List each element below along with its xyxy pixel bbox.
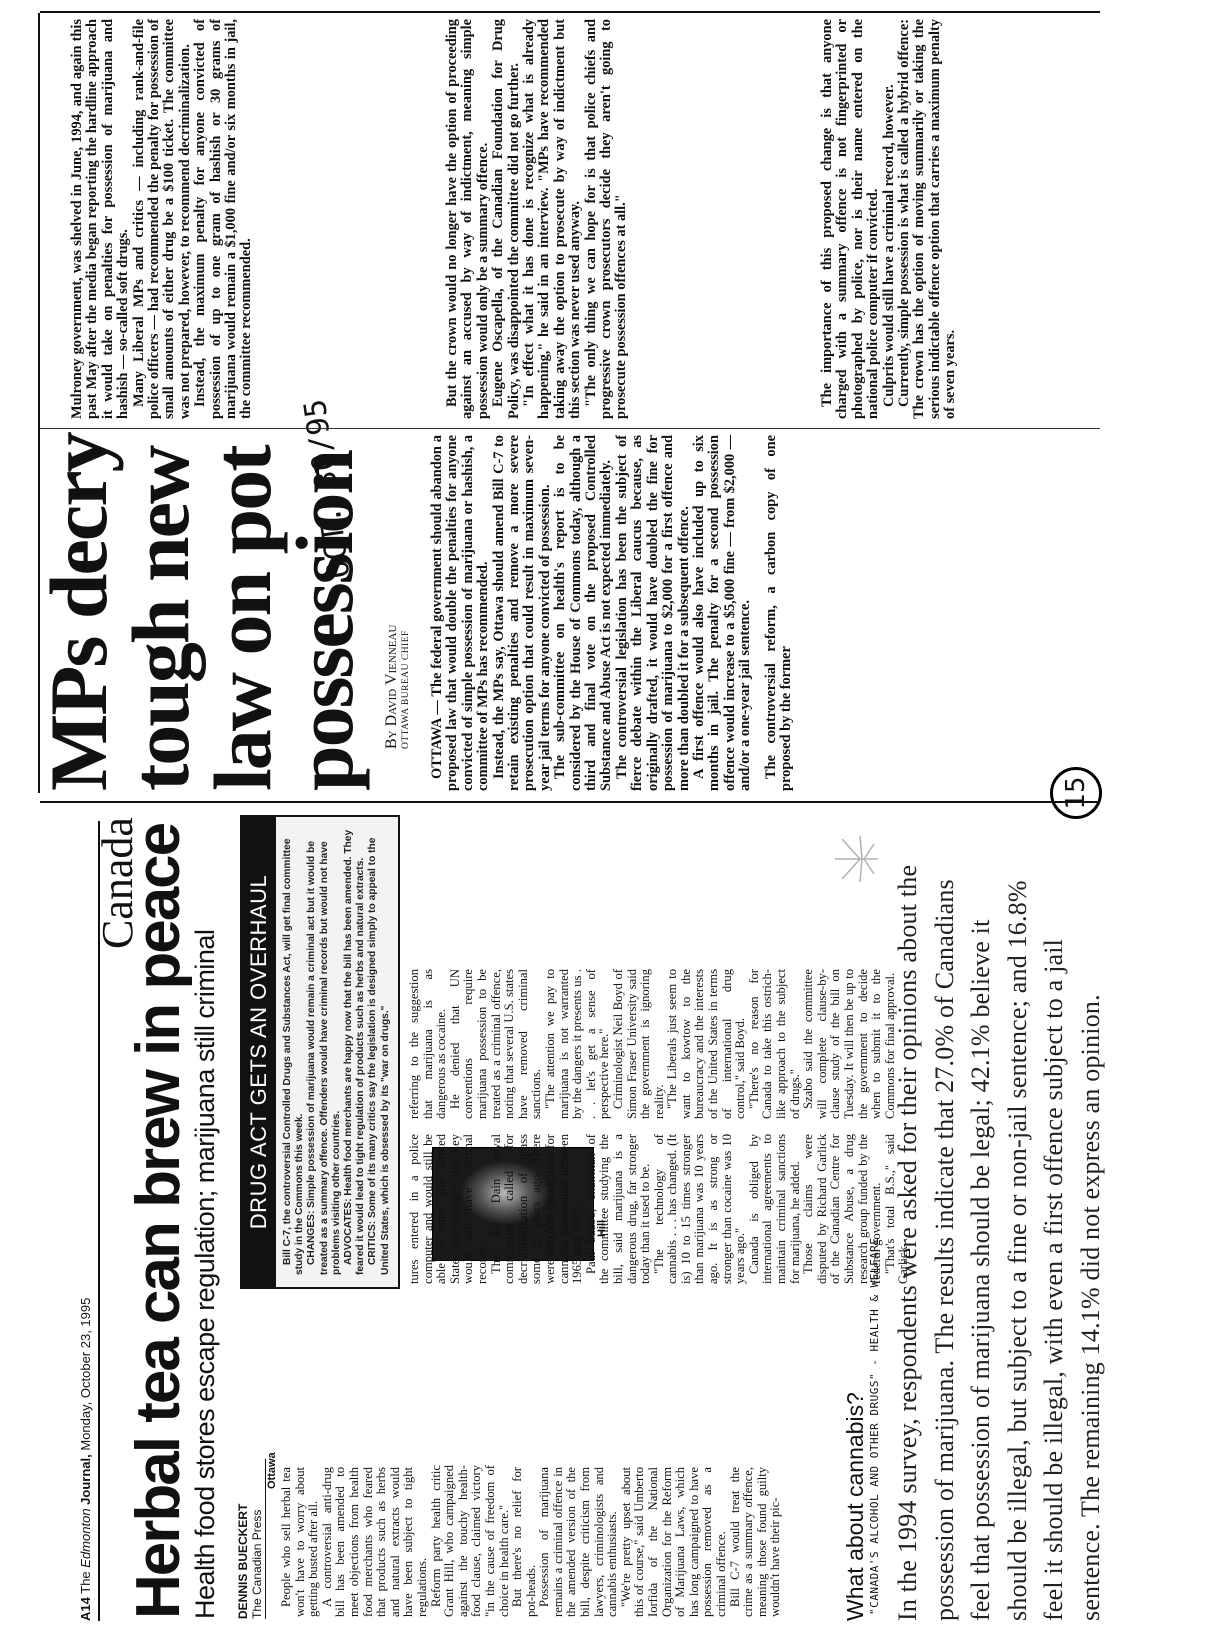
- paragraph: But the crown would no longer have the o…: [445, 19, 491, 419]
- paragraph: Eugene Oscapella, of the Canadian Founda…: [491, 19, 522, 419]
- paragraph: Criminologist Neil Boyd of Simon Fraser …: [612, 969, 666, 1119]
- article1-column-2: tures entered in a police computer and w…: [408, 1134, 911, 1284]
- article2-column-3: But the crown would no longer have the o…: [445, 19, 630, 419]
- factbox-para: CRITICS: Some of its many critics say th…: [367, 829, 391, 1275]
- paragraph: "The attention we pay to marijuana is no…: [544, 969, 612, 1119]
- paragraph: The importance of this proposed change i…: [820, 19, 882, 419]
- article2-column-1: OTTAWA — The federal government should a…: [430, 435, 794, 791]
- paragraph: "The Liberals just seem to want to kowto…: [666, 969, 748, 1119]
- issue-date: Monday, October 23, 1995: [78, 1298, 93, 1451]
- byline-name: By David Vienneau: [384, 625, 399, 749]
- article1-column-1: People who sell herbal tea won't have to…: [280, 1467, 783, 1617]
- paragraph: A first offence would also have included…: [692, 435, 754, 791]
- paragraph: Paul Szabo, chairman of the committee st…: [585, 1134, 653, 1284]
- factbox-para: CHANGES: Simple possession of marijuana …: [306, 829, 343, 1275]
- byline-title: OTTAWA BUREAU CHIEF: [399, 625, 414, 749]
- page-folio: A14 The Edmonton Journal, Monday, Octobe…: [78, 1298, 93, 1621]
- byline-name: DENNIS BUECKERT: [236, 1504, 250, 1619]
- cannabis-leaf-icon: [830, 834, 880, 884]
- paragraph: The controversial legislation has been t…: [615, 435, 692, 791]
- byline-org: The Canadian Press: [250, 1504, 264, 1619]
- newspaper-clipping-page: A14 The Edmonton Journal, Monday, Octobe…: [0, 0, 1221, 1629]
- paragraph: "There's no reason for Canada to take th…: [748, 969, 802, 1119]
- article2-byline: By David Vienneau OTTAWA BUREAU CHIEF: [384, 625, 414, 749]
- paragraph: The sub-committee on health's report is …: [553, 435, 615, 791]
- factbox-body: Bill C-7, the controversial Controlled D…: [276, 817, 398, 1287]
- column-divider: [40, 428, 1100, 429]
- paragraph: "The only thing we can hope for is that …: [584, 19, 630, 419]
- article1-byline: DENNIS BUECKERT The Canadian Press: [236, 1504, 264, 1619]
- article2-column-2: Mulroney government, was shelved in June…: [70, 19, 255, 419]
- article1-headline: Herbal tea can brew in peace: [128, 824, 190, 1619]
- paragraph: Many Liberal MPs and critics — including…: [132, 19, 194, 419]
- article-divider: [40, 801, 1100, 803]
- article1-column-3: referring to the suggestion that marijua…: [408, 969, 897, 1119]
- article2-top-rule: [38, 13, 40, 793]
- article1-deck: Health food stores escape regulation; ma…: [190, 930, 221, 1619]
- paragraph: The controversial reform, a carbon copy …: [764, 435, 795, 791]
- circled-page-number: 15: [1050, 767, 1102, 819]
- factbox-para: Bill C-7, the controversial Controlled D…: [282, 829, 306, 1275]
- factbox-title: DRUG ACT GETS AN OVERHAUL: [242, 817, 276, 1287]
- paragraph: Currently, simple possession is what is …: [897, 19, 959, 419]
- paragraph: "In effect what it has done is recognize…: [522, 19, 584, 419]
- paragraph: A controversial anti-drug bill has been …: [321, 1467, 430, 1617]
- paper-name-bold: Journal,: [78, 1454, 93, 1505]
- sidebar-title: What about cannabis?: [842, 1392, 869, 1621]
- factbox-para: ADVOCATES: Health food merchants are hap…: [343, 829, 367, 1275]
- paragraph: Culprits would still have a criminal rec…: [882, 19, 897, 419]
- paragraph: "We're pretty upset about this of course…: [620, 1467, 729, 1617]
- paragraph: Instead, the MPs say, Ottawa should amen…: [492, 435, 554, 791]
- paragraph: Mulroney government, was shelved in June…: [70, 19, 132, 419]
- page-number: A14: [78, 1597, 93, 1621]
- drug-act-factbox: DRUG ACT GETS AN OVERHAUL Bill C-7, the …: [240, 815, 400, 1289]
- paragraph: But there's no relief for pot-heads.: [511, 1467, 538, 1617]
- paragraph: tures entered in a police computer and w…: [408, 1134, 490, 1284]
- handwritten-source-note: "CANADA'S ALCOHOL AND OTHER DRUGS" - HEA…: [868, 1238, 881, 1616]
- paper-prefix: The: [78, 1571, 93, 1593]
- sidebar-survey-text: In the 1994 survey, respondents were ask…: [890, 861, 1109, 1621]
- paragraph: Canada is obliged by international agree…: [748, 1134, 802, 1284]
- paragraph: He denied that UN conventions require ma…: [449, 969, 544, 1119]
- paper-name-italic: Edmonton: [78, 1508, 93, 1567]
- page-right-edge-rule: [40, 11, 1100, 13]
- paragraph: Possession of marijuana remains a crimin…: [538, 1467, 620, 1617]
- paragraph: referring to the suggestion that marijua…: [408, 969, 449, 1119]
- paragraph: Bill C-7 would treat the crime as a summ…: [729, 1467, 783, 1617]
- article2-column-4: The importance of this proposed change i…: [820, 19, 959, 419]
- paragraph: Reform party health critic Grant Hill, w…: [430, 1465, 512, 1617]
- paragraph: Szabo said the committee will complete c…: [802, 969, 897, 1119]
- paragraph: Instead, the maximum penalty for anyone …: [193, 19, 255, 419]
- paragraph: People who sell herbal tea won't have to…: [280, 1467, 321, 1617]
- paragraph: The Le Dain royal commission called for …: [490, 1134, 585, 1284]
- article1-dateline: Ottawa: [266, 1452, 278, 1489]
- paragraph: OTTAWA — The federal government should a…: [430, 435, 492, 791]
- paragraph: "The technology of cannabis . . . has ch…: [653, 1134, 748, 1284]
